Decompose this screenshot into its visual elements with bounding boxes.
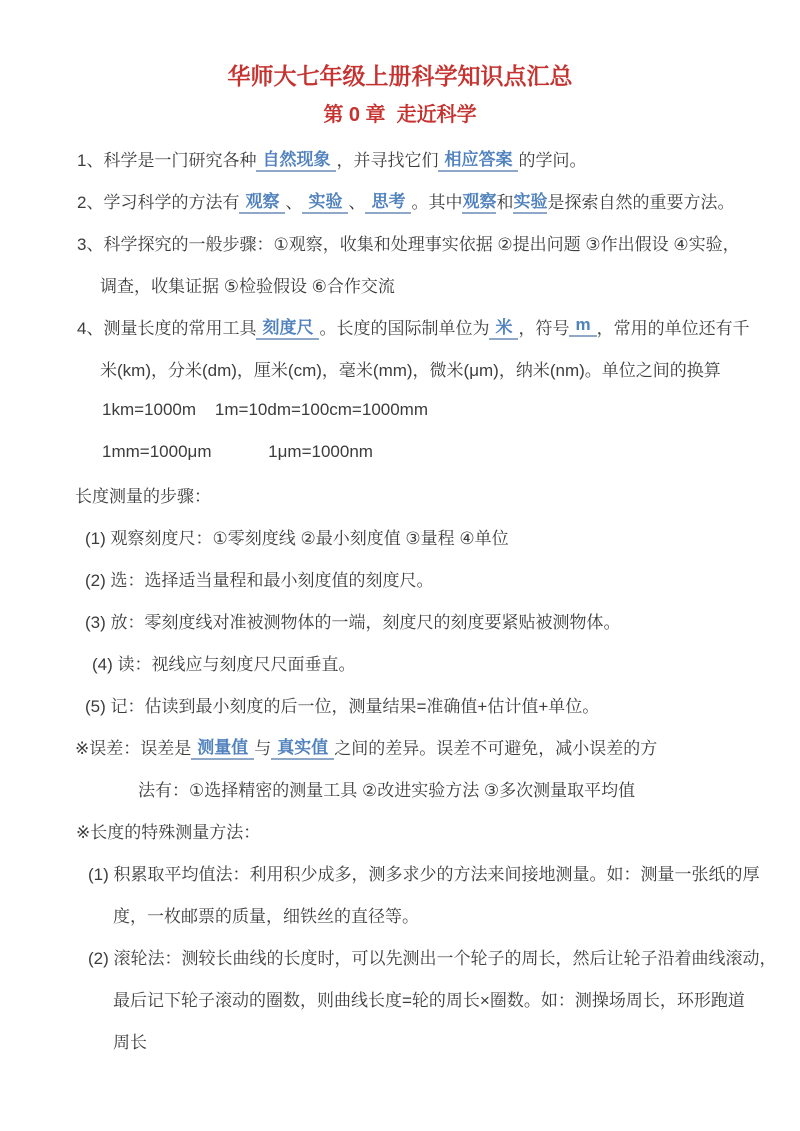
- document-page: 华师大七年级上册科学知识点汇总 第 0 章 走近科学 1、科学是一门研究各种自然…: [0, 0, 800, 1131]
- text-run: (3) 放：零刻度线对准被测物体的一端，刻度尺的刻度要紧贴被测物体。: [85, 608, 621, 633]
- text-run: 与: [254, 734, 271, 759]
- fill-in-blank-answer: 观察: [239, 187, 285, 214]
- chapter-heading: 第 0 章 走近科学: [0, 102, 800, 128]
- formula-km: 1km=1000m 1m=10dm=100cm=1000mm: [0, 389, 800, 431]
- text-run: 1、科学是一门研究各种: [77, 146, 256, 171]
- fill-in-blank-answer: 米: [489, 313, 518, 340]
- step-1: (1) 观察刻度尺：①零刻度线 ②最小刻度值 ③量程 ④单位: [0, 515, 800, 557]
- text-run: 最后记下轮子滚动的圈数，则曲线长度=轮的周长×圈数。如：测操场周长，环形跑道: [113, 986, 745, 1011]
- text-run: ，符号: [518, 314, 569, 339]
- text-run: ，并寻找它们: [336, 146, 438, 171]
- special-method-2-cont-2: 周长: [0, 1019, 800, 1061]
- list-item-4: 4、测量长度的常用工具刻度尺。长度的国际制单位为米，符号m，常用的单位还有千: [0, 305, 800, 347]
- special-method-2: (2) 滚轮法：测较长曲线的长度时，可以先测出一个轮子的周长，然后让轮子沿着曲线…: [0, 935, 800, 977]
- formula-mm: 1mm=1000μm 1μm=1000nm: [0, 431, 800, 473]
- special-method-1: (1) 积累取平均值法：利用积少成多，测多求少的方法来间接地测量。如：测量一张纸…: [0, 851, 800, 893]
- text-run: 、: [285, 188, 302, 213]
- fill-in-blank-answer: 刻度尺: [256, 313, 319, 340]
- text-run: 、: [348, 188, 365, 213]
- text-run: 是探索自然的重要方法。: [547, 188, 734, 213]
- highlighted-term: 实验: [513, 187, 547, 214]
- text-run: 法有：①选择精密的测量工具 ②改进实验方法 ③多次测量取平均值: [138, 776, 635, 801]
- section-special-heading: ※长度的特殊测量方法：: [0, 809, 800, 851]
- text-run: (5) 记：估读到最小刻度的后一位，测量结果=准确值+估计值+单位。: [85, 692, 599, 717]
- fill-in-blank-answer: 相应答案: [438, 145, 518, 172]
- text-run: 。长度的国际制单位为: [319, 314, 489, 339]
- section-steps-heading: 长度测量的步骤：: [0, 473, 800, 515]
- step-3: (3) 放：零刻度线对准被测物体的一端，刻度尺的刻度要紧贴被测物体。: [0, 599, 800, 641]
- text-run: 1mm=1000μm 1μm=1000nm: [102, 442, 373, 462]
- fill-in-blank-answer: m: [569, 315, 596, 337]
- step-2: (2) 选：选择适当量程和最小刻度值的刻度尺。: [0, 557, 800, 599]
- text-run: 和: [496, 188, 513, 213]
- list-item-3-cont: 调查，收集证据 ⑤检验假设 ⑥合作交流: [0, 263, 800, 305]
- text-run: 4、测量长度的常用工具: [77, 314, 256, 339]
- step-4: (4) 读：视线应与刻度尺尺面垂直。: [0, 641, 800, 683]
- text-run: 周长: [113, 1028, 147, 1053]
- text-run: 3、科学探究的一般步骤：①观察，收集和处理事实依据 ②提出问题 ③作出假设 ④实…: [77, 230, 740, 255]
- text-run: (2) 选：选择适当量程和最小刻度值的刻度尺。: [85, 566, 434, 591]
- special-method-2-cont-1: 最后记下轮子滚动的圈数，则曲线长度=轮的周长×圈数。如：测操场周长，环形跑道: [0, 977, 800, 1019]
- step-5: (5) 记：估读到最小刻度的后一位，测量结果=准确值+估计值+单位。: [0, 683, 800, 725]
- text-run: 米(km)，分米(dm)，厘米(cm)，毫米(mm)，微米(μm)，纳米(nm)…: [100, 356, 721, 381]
- text-run: (1) 观察刻度尺：①零刻度线 ②最小刻度值 ③量程 ④单位: [85, 524, 509, 549]
- special-method-1-cont: 度，一枚邮票的质量，细铁丝的直径等。: [0, 893, 800, 935]
- text-run: (2) 滚轮法：测较长曲线的长度时，可以先测出一个轮子的周长，然后让轮子沿着曲线…: [88, 944, 777, 969]
- text-run: 之间的差异。误差不可避免，减小误差的方: [334, 734, 657, 759]
- list-item-3: 3、科学探究的一般步骤：①观察，收集和处理事实依据 ②提出问题 ③作出假设 ④实…: [0, 221, 800, 263]
- highlighted-term: 观察: [462, 187, 496, 214]
- text-run: ※误差：误差是: [75, 734, 191, 759]
- fill-in-blank-answer: 实验: [302, 187, 348, 214]
- text-run: (4) 读：视线应与刻度尺尺面垂直。: [92, 650, 356, 675]
- fill-in-blank-answer: 真实值: [271, 733, 334, 760]
- text-run: 的学问。: [518, 146, 586, 171]
- list-item-1: 1、科学是一门研究各种自然现象，并寻找它们相应答案的学问。: [0, 137, 800, 179]
- text-run: 长度测量的步骤：: [75, 482, 211, 507]
- text-run: ，常用的单位还有千: [597, 314, 750, 339]
- text-run: 调查，收集证据 ⑤检验假设 ⑥合作交流: [100, 272, 395, 297]
- text-run: 度，一枚邮票的质量，细铁丝的直径等。: [113, 902, 419, 927]
- fill-in-blank-answer: 自然现象: [256, 145, 336, 172]
- doc-title: 华师大七年级上册科学知识点汇总: [0, 62, 800, 90]
- list-item-4-cont: 米(km)，分米(dm)，厘米(cm)，毫米(mm)，微米(μm)，纳米(nm)…: [0, 347, 800, 389]
- note-error-cont: 法有：①选择精密的测量工具 ②改进实验方法 ③多次测量取平均值: [0, 767, 800, 809]
- note-error: ※误差：误差是测量值与真实值之间的差异。误差不可避免，减小误差的方: [0, 725, 800, 767]
- fill-in-blank-answer: 测量值: [191, 733, 254, 760]
- fill-in-blank-answer: 思考: [365, 187, 411, 214]
- text-run: (1) 积累取平均值法：利用积少成多，测多求少的方法来间接地测量。如：测量一张纸…: [88, 860, 760, 885]
- text-run: ※长度的特殊测量方法：: [76, 818, 260, 843]
- document-body: 1、科学是一门研究各种自然现象，并寻找它们相应答案的学问。2、学习科学的方法有观…: [0, 137, 800, 1061]
- text-run: 1km=1000m 1m=10dm=100cm=1000mm: [102, 400, 428, 420]
- text-run: 2、学习科学的方法有: [77, 188, 239, 213]
- list-item-2: 2、学习科学的方法有观察、实验、思考。其中观察和实验是探索自然的重要方法。: [0, 179, 800, 221]
- text-run: 。其中: [411, 188, 462, 213]
